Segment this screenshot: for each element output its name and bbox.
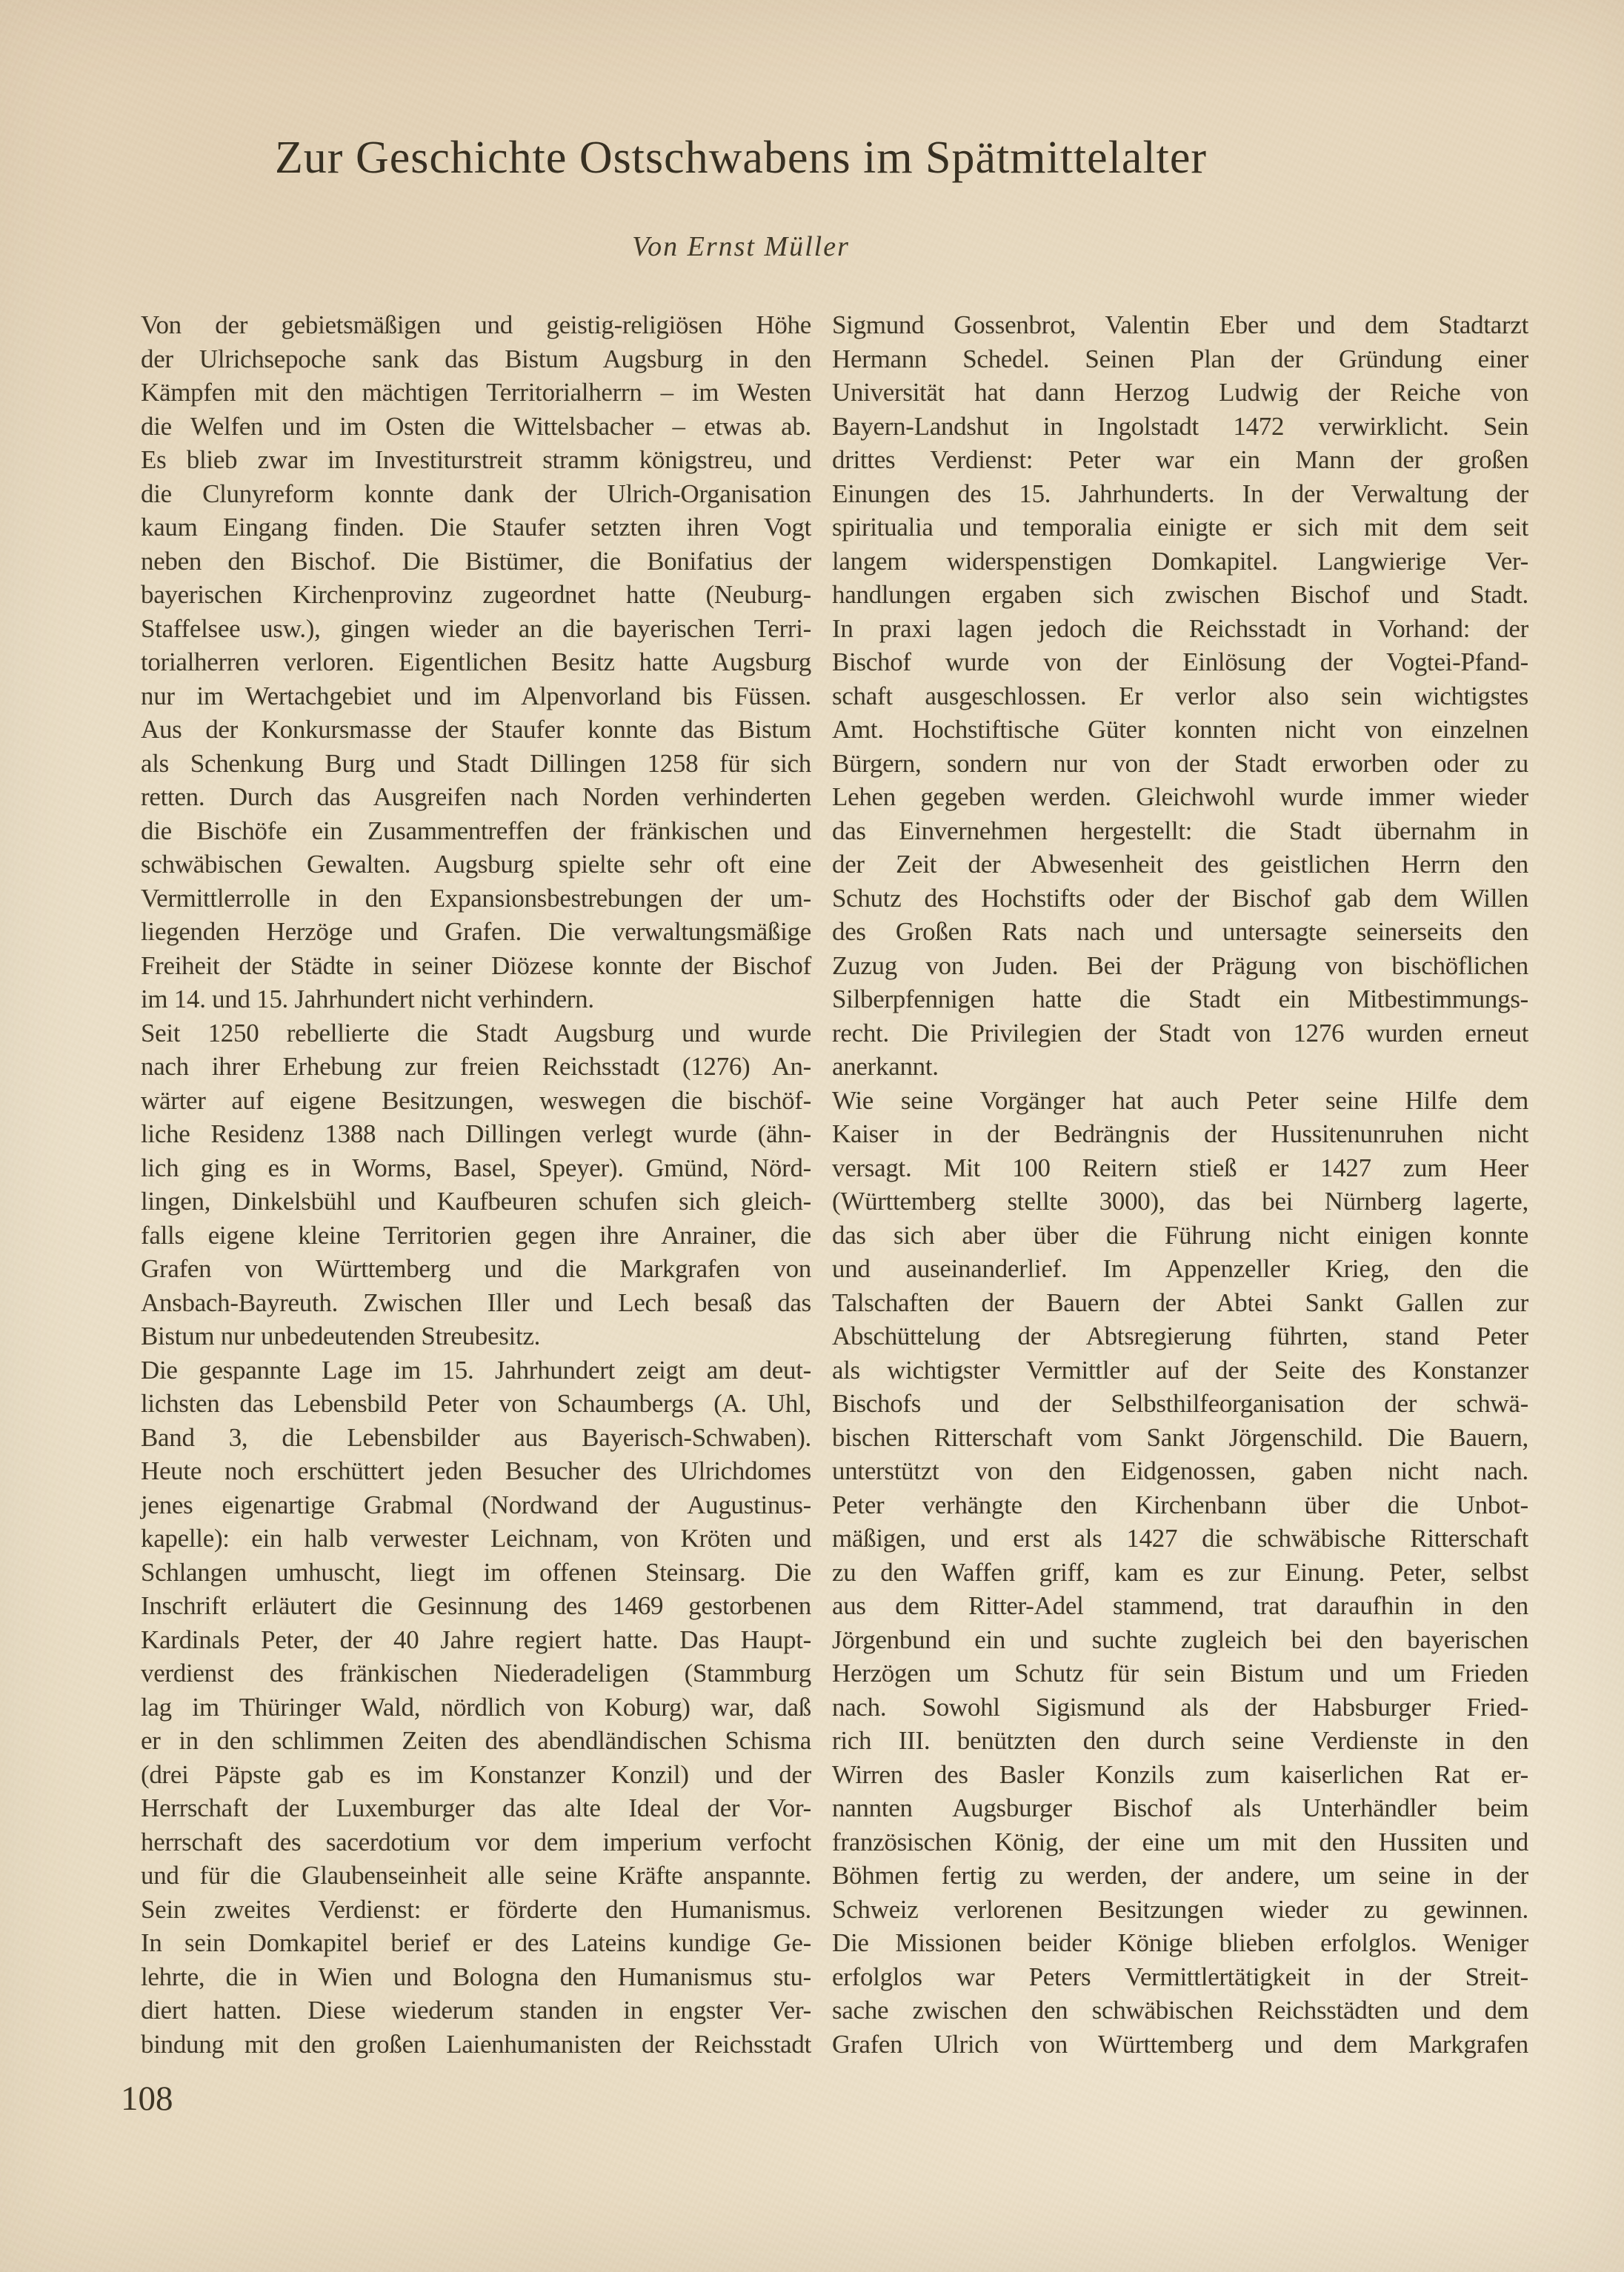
text-line: Seit 1250 rebellierte die Stadt Augsburg… (141, 1016, 811, 1050)
text-line: Herrschaft der Luxemburger das alte Idea… (141, 1791, 811, 1825)
text-line: Amt. Hochstiftische Güter konnten nicht … (832, 713, 1528, 747)
text-line: langem widerspenstigen Domkapitel. Langw… (832, 544, 1528, 579)
text-line: als wichtigster Vermittler auf der Seite… (832, 1353, 1528, 1387)
text-line: Vermittlerrolle in den Expansionsbestreb… (141, 882, 811, 916)
text-line: In sein Domkapitel berief er des Lateins… (141, 1926, 811, 1960)
text-line: lag im Thüringer Wald, nördlich von Kobu… (141, 1690, 811, 1725)
text-line: Talschaften der Bauern der Abtei Sankt G… (832, 1286, 1528, 1320)
right-text-column: Sigmund Gossenbrot, Valentin Eber und de… (832, 308, 1528, 2061)
author-byline: Von Ernst Müller (96, 230, 1385, 263)
text-line: Die gespannte Lage im 15. Jahrhundert ze… (141, 1353, 811, 1387)
article-header: Zur Geschichte Ostschwabens im Spätmitte… (96, 132, 1385, 263)
text-line: Staffelsee usw.), gingen wieder an die b… (141, 612, 811, 646)
text-line: Es blieb zwar im Investiturstreit stramm… (141, 443, 811, 477)
text-line: Einungen des 15. Jahrhunderts. In der Ve… (832, 477, 1528, 511)
text-line: schaft ausgeschlossen. Er verlor also se… (832, 679, 1528, 713)
text-line: das sich aber über die Führung nicht ein… (832, 1219, 1528, 1253)
text-line: als Schenkung Burg und Stadt Dillingen 1… (141, 747, 811, 781)
text-line: Von der gebietsmäßigen und geistig-relig… (141, 308, 811, 342)
text-line: Wie seine Vorgänger hat auch Peter seine… (832, 1084, 1528, 1118)
text-line: im 14. und 15. Jahrhundert nicht verhind… (141, 982, 811, 1016)
text-line: Schlangen umhuscht, liegt im offenen Ste… (141, 1556, 811, 1590)
text-line: lich ging es in Worms, Basel, Speyer). G… (141, 1151, 811, 1185)
text-line: diert hatten. Diese wiederum standen in … (141, 1993, 811, 2028)
text-line: aus dem Ritter-Adel stammend, trat darau… (832, 1589, 1528, 1623)
text-line: unterstützt von den Eidgenossen, gaben n… (832, 1454, 1528, 1488)
text-line: In praxi lagen jedoch die Reichsstadt in… (832, 612, 1528, 646)
text-line: recht. Die Privilegien der Stadt von 127… (832, 1016, 1528, 1050)
text-line: falls eigene kleine Territorien gegen ih… (141, 1219, 811, 1253)
text-line: (drei Päpste gab es im Konstanzer Konzil… (141, 1758, 811, 1792)
text-line: bischen Ritterschaft vom Sankt Jörgensch… (832, 1421, 1528, 1455)
page-number: 108 (121, 2079, 173, 2119)
text-line: das Einvernehmen hergestellt: die Stadt … (832, 814, 1528, 848)
text-line: bindung mit den großen Laienhumanisten d… (141, 2028, 811, 2062)
text-line: Kardinals Peter, der 40 Jahre regiert ha… (141, 1623, 811, 1657)
text-line: Bischofs und der Selbsthilfeorganisation… (832, 1387, 1528, 1421)
text-line: nach ihrer Erhebung zur freien Reichssta… (141, 1050, 811, 1084)
text-line: jenes eigenartige Grabmal (Nordwand der … (141, 1488, 811, 1522)
text-line: Die Missionen beider Könige blieben erfo… (832, 1926, 1528, 1960)
text-line: der Ulrichsepoche sank das Bistum Augsbu… (141, 342, 811, 376)
text-line: Bürgern, sondern nur von der Stadt erwor… (832, 747, 1528, 781)
text-line: Wirren des Basler Konzils zum kaiserlich… (832, 1758, 1528, 1792)
text-line: die Bischöfe ein Zusammentreffen der frä… (141, 814, 811, 848)
scanned-book-page: Zur Geschichte Ostschwabens im Spätmitte… (0, 0, 1624, 2272)
text-line: französischen König, der eine um mit den… (832, 1825, 1528, 1859)
text-line: Schweiz verlorenen Besitzungen wieder zu… (832, 1893, 1528, 1927)
text-line: lingen, Dinkelsbühl und Kaufbeuren schuf… (141, 1185, 811, 1219)
text-line: rich III. benützten den durch seine Verd… (832, 1724, 1528, 1758)
text-line: kaum Eingang finden. Die Staufer setzten… (141, 510, 811, 544)
text-line: des Großen Rats nach und untersagte sein… (832, 915, 1528, 949)
text-line: Ansbach-Bayreuth. Zwischen Iller und Lec… (141, 1286, 811, 1320)
text-line: Universität hat dann Herzog Ludwig der R… (832, 376, 1528, 410)
text-line: Inschrift erläutert die Gesinnung des 14… (141, 1589, 811, 1623)
text-line: Schutz des Hochstifts oder der Bischof g… (832, 882, 1528, 916)
text-line: nach. Sowohl Sigismund als der Habsburge… (832, 1690, 1528, 1725)
text-line: lichsten das Lebensbild Peter von Schaum… (141, 1387, 811, 1421)
text-line: und auseinanderlief. Im Appenzeller Krie… (832, 1252, 1528, 1286)
text-line: drittes Verdienst: Peter war ein Mann de… (832, 443, 1528, 477)
text-line: spiritualia und temporalia einigte er si… (832, 510, 1528, 544)
text-line: handlungen ergaben sich zwischen Bischof… (832, 578, 1528, 612)
text-line: erfolglos war Peters Vermittlertätigkeit… (832, 1960, 1528, 1994)
text-line: retten. Durch das Ausgreifen nach Norden… (141, 780, 811, 814)
text-line: neben den Bischof. Die Bistümer, die Bon… (141, 544, 811, 579)
text-line: Heute noch erschüttert jeden Besucher de… (141, 1454, 811, 1488)
text-line: mäßigen, und erst als 1427 die schwäbisc… (832, 1522, 1528, 1556)
text-line: er in den schlimmen Zeiten des abendländ… (141, 1724, 811, 1758)
text-line: Bistum nur unbedeutenden Streubesitz. (141, 1319, 811, 1353)
text-line: der Zeit der Abwesenheit des geistlichen… (832, 847, 1528, 882)
text-line: die Clunyreform konnte dank der Ulrich-O… (141, 477, 811, 511)
text-line: verdienst des fränkischen Niederadeligen… (141, 1656, 811, 1690)
text-line: versagt. Mit 100 Reitern stieß er 1427 z… (832, 1151, 1528, 1185)
text-line: Freiheit der Städte in seiner Diözese ko… (141, 949, 811, 983)
text-line: zu den Waffen griff, kam es zur Einung. … (832, 1556, 1528, 1590)
text-line: Sigmund Gossenbrot, Valentin Eber und de… (832, 308, 1528, 342)
text-line: Zuzug von Juden. Bei der Prägung von bis… (832, 949, 1528, 983)
text-line: Bayern-Landshut in Ingolstadt 1472 verwi… (832, 410, 1528, 444)
page-title: Zur Geschichte Ostschwabens im Spätmitte… (96, 132, 1385, 184)
left-text-column: Von der gebietsmäßigen und geistig-relig… (141, 308, 811, 2061)
text-line: bayerischen Kirchenprovinz zugeordnet ha… (141, 578, 811, 612)
text-line: und für die Glaubenseinheit alle seine K… (141, 1859, 811, 1893)
text-line: wärter auf eigene Besitzungen, weswegen … (141, 1084, 811, 1118)
text-line: torialherren verloren. Eigentlichen Besi… (141, 645, 811, 679)
text-line: Kaiser in der Bedrängnis der Hussitenunr… (832, 1117, 1528, 1151)
text-line: Peter verhängte den Kirchenbann über die… (832, 1488, 1528, 1522)
text-line: Herzögen um Schutz für sein Bistum und u… (832, 1656, 1528, 1690)
text-line: Silberpfennigen hatte die Stadt ein Mitb… (832, 982, 1528, 1016)
text-line: Jörgenbund ein und suchte zugleich bei d… (832, 1623, 1528, 1657)
text-line: Bischof wurde von der Einlösung der Vogt… (832, 645, 1528, 679)
text-line: liegenden Herzöge und Grafen. Die verwal… (141, 915, 811, 949)
text-line: Abschüttelung der Abtsregierung führten,… (832, 1319, 1528, 1353)
text-line: kapelle): ein halb verwester Leichnam, v… (141, 1522, 811, 1556)
text-line: Lehen gegeben werden. Gleichwohl wurde i… (832, 780, 1528, 814)
text-line: sache zwischen den schwäbischen Reichsst… (832, 1993, 1528, 2028)
text-line: nur im Wertachgebiet und im Alpenvorland… (141, 679, 811, 713)
text-line: Böhmen fertig zu werden, der andere, um … (832, 1859, 1528, 1893)
text-line: schwäbischen Gewalten. Augsburg spielte … (141, 847, 811, 882)
text-line: Aus der Konkursmasse der Staufer konnte … (141, 713, 811, 747)
text-line: herrschaft des sacerdotium vor dem imper… (141, 1825, 811, 1859)
text-line: Sein zweites Verdienst: er förderte den … (141, 1893, 811, 1927)
text-line: nannten Augsburger Bischof als Unterhänd… (832, 1791, 1528, 1825)
text-line: die Welfen und im Osten die Wittelsbache… (141, 410, 811, 444)
text-line: lehrte, die in Wien und Bologna den Huma… (141, 1960, 811, 1994)
two-column-text-block: Von der gebietsmäßigen und geistig-relig… (141, 308, 1528, 2061)
text-line: Grafen Ulrich von Württemberg und dem Ma… (832, 2028, 1528, 2062)
text-line: Kämpfen mit den mächtigen Territorialher… (141, 376, 811, 410)
text-line: (Württemberg stellte 3000), das bei Nürn… (832, 1185, 1528, 1219)
text-line: Grafen von Württemberg und die Markgrafe… (141, 1252, 811, 1286)
text-line: Band 3, die Lebensbilder aus Bayerisch-S… (141, 1421, 811, 1455)
text-line: anerkannt. (832, 1050, 1528, 1084)
text-line: Hermann Schedel. Seinen Plan der Gründun… (832, 342, 1528, 376)
text-line: liche Residenz 1388 nach Dillingen verle… (141, 1117, 811, 1151)
